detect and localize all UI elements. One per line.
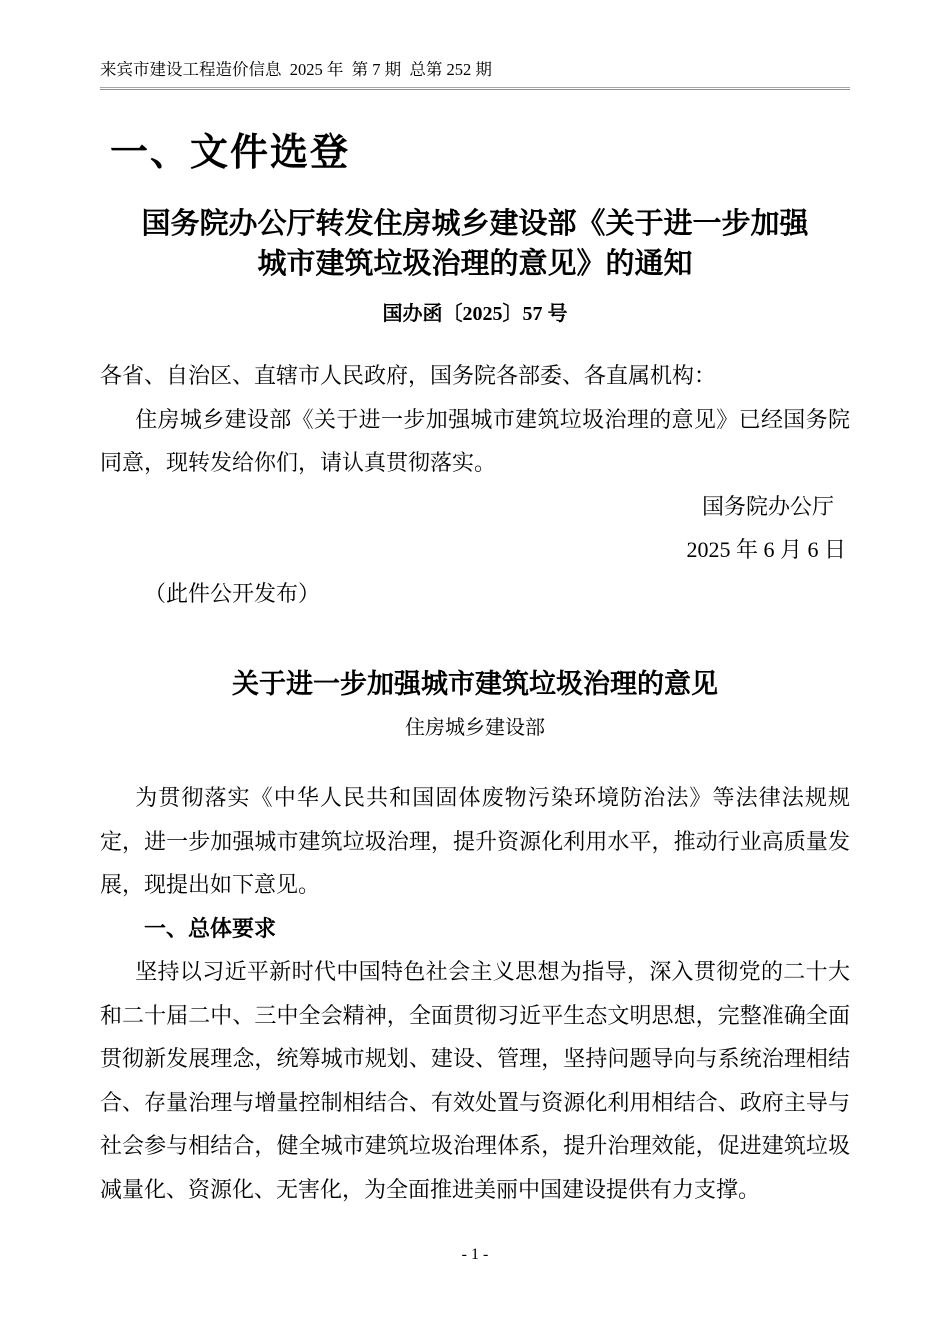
notice-paragraph: 住房城乡建设部《关于进一步加强城市建筑垃圾治理的意见》已经国务院同意，现转发给你…	[100, 398, 850, 485]
opinion-author: 住房城乡建设部	[100, 712, 850, 744]
document-page: 来宾市建设工程造价信息 2025 年 第 7 期 总第 252 期 一、文件选登…	[0, 0, 950, 1344]
opinion-title: 关于进一步加强城市建筑垃圾治理的意见	[100, 665, 850, 703]
notice-publish-note: （此件公开发布）	[100, 572, 850, 616]
opinion-section1-paragraph: 坚持以习近平新时代中国特色社会主义思想为指导，深入贯彻党的二十大和二十届二中、三…	[100, 950, 850, 1211]
notice-salutation: 各省、自治区、直辖市人民政府，国务院各部委、各直属机构：	[100, 354, 850, 398]
notice-date: 2025 年 6 月 6 日	[100, 528, 850, 572]
notice-title-line-1: 国务院办公厅转发住房城乡建设部《关于进一步加强	[100, 204, 850, 244]
opinion-body: 为贯彻落实《中华人民共和国固体废物污染环境防治法》等法律法规规定，进一步加强城市…	[100, 776, 850, 1211]
notice-signer: 国务院办公厅	[100, 485, 850, 529]
document-number: 国办函〔2025〕57 号	[100, 300, 850, 328]
notice-body: 各省、自治区、直辖市人民政府，国务院各部委、各直属机构： 住房城乡建设部《关于进…	[100, 354, 850, 615]
page-number: - 1 -	[0, 1246, 950, 1264]
running-header: 来宾市建设工程造价信息 2025 年 第 7 期 总第 252 期	[100, 0, 850, 80]
notice-title-line-2: 城市建筑垃圾治理的意见》的通知	[100, 244, 850, 284]
section-title: 一、文件选登	[110, 130, 850, 176]
header-rule	[100, 87, 850, 90]
opinion-intro-paragraph: 为贯彻落实《中华人民共和国固体废物污染环境防治法》等法律法规规定，进一步加强城市…	[100, 776, 850, 907]
notice-title: 国务院办公厅转发住房城乡建设部《关于进一步加强 城市建筑垃圾治理的意见》的通知	[100, 204, 850, 284]
opinion-section1-heading: 一、总体要求	[100, 907, 850, 951]
